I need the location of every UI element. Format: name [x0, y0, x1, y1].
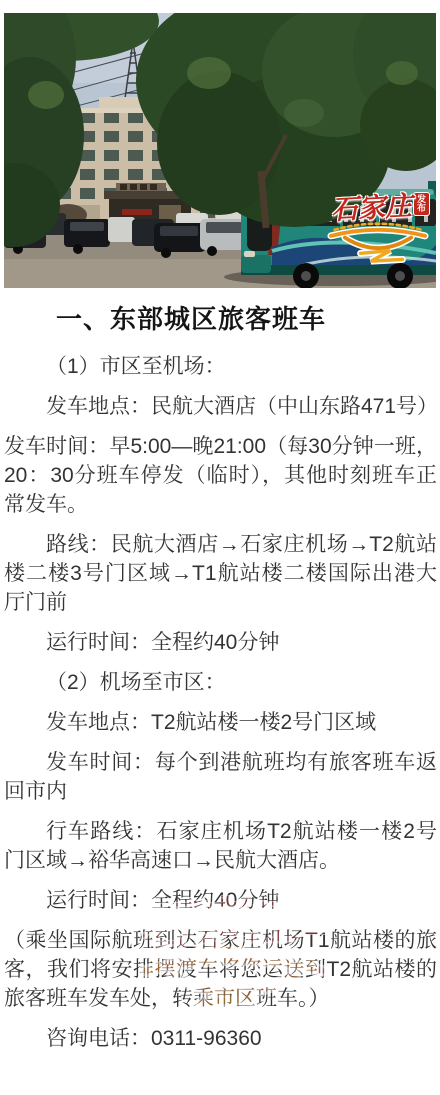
- section-heading: 一、东部城区旅客班车: [4, 303, 437, 337]
- para-duration-1: 运行时间：全程约40分钟: [4, 628, 437, 657]
- para-departure-point-2: 发车地点：T2航站楼一楼2号门区域: [4, 708, 437, 737]
- photo-scene: [4, 13, 436, 288]
- para-duration-2: 运行时间：全程约40分钟: [4, 886, 437, 915]
- para-international-note: （乘坐国际航班到达石家庄机场T1航站楼的旅客，我们将安排摆渡车将您运送到T2航站…: [4, 926, 437, 1013]
- article-page: 石家庄发布 一、东部城区旅客班车 （1）市区至机场： 发车地点：民航大酒店（中山…: [0, 0, 440, 1095]
- para-route1-title: （1）市区至机场：: [4, 352, 437, 381]
- para-route-line-2: 行车路线：石家庄机场T2航站楼一楼2号门区域→裕华高速口→民航大酒店。: [4, 817, 437, 875]
- article-body: 一、东部城区旅客班车 （1）市区至机场： 发车地点：民航大酒店（中山东路471号…: [4, 303, 437, 1064]
- para-departure-time-1: 发车时间：早5:00—晚21:00（每30分钟一班，20：30分班车停发（临时）…: [4, 432, 437, 519]
- para-departure-time-2: 发车时间：每个到港航班均有旅客班车返回市内: [4, 748, 437, 806]
- para-hotline: 咨询电话：0311-96360: [4, 1024, 437, 1053]
- para-route-line-1: 路线：民航大酒店→石家庄机场→T2航站楼二楼3号门区域→T1航站楼二楼国际出港大…: [4, 530, 437, 617]
- para-departure-point-1: 发车地点：民航大酒店（中山东路471号）: [4, 392, 437, 421]
- hotel-bus-photo: 石家庄发布: [4, 13, 436, 288]
- para-route2-title: （2）机场至市区：: [4, 668, 437, 697]
